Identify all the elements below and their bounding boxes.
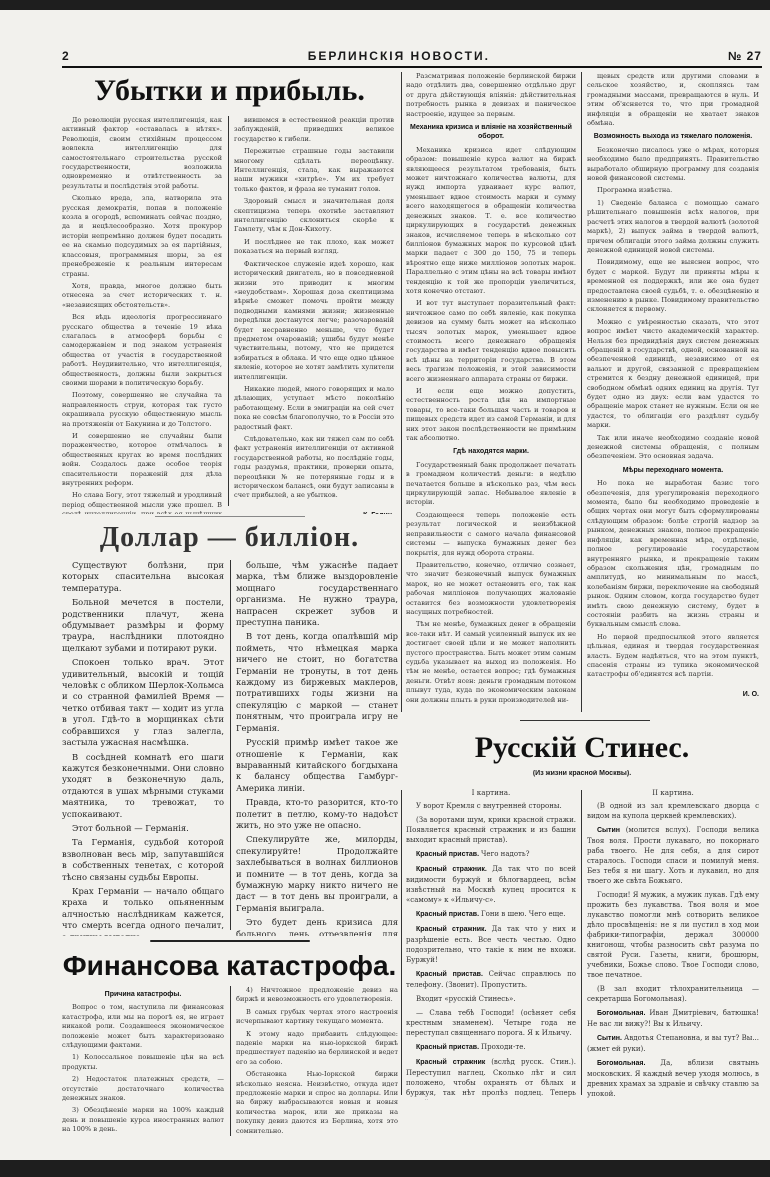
line-text: Гони в шею. Чего еще. [481,910,565,918]
paragraph: 1) Сведеніе баланса с помощью самаго рѣш… [587,199,759,255]
paragraph: Хотя, правда, многое должно быть отнесен… [62,282,222,310]
line-text: (В зал входит тѣлохранительница — секрет… [587,985,759,1003]
line-text: Входит «русскій Стинесь». [416,995,516,1003]
paragraph: И если еще можно допустить, естественнос… [406,387,576,443]
article-crisis-column-2: щевых средств или другими словами в сель… [587,72,759,714]
paragraph: Крах Германіи — начало общаго краха и то… [62,886,224,936]
paragraph: И совершенно не случайны были пораженчес… [62,432,222,488]
article-separator [155,516,305,517]
dialogue-line: Красный пристав. Сейчас справлюсь по тел… [406,969,576,990]
paragraph: Сколько вреда, зла, натворила эта русска… [62,194,222,279]
line-text: Проходи-те. [481,1043,526,1051]
paragraph: Обстановка Нью-Іоркской биржи нѣсколько … [236,1070,398,1136]
dialogue-line: Сытин (молится вслух). Господи велика Тв… [587,825,759,886]
subheading: Причина катастрофы. [62,990,224,999]
dialogue-line: Сытин. Авдотья Степановна, и вы тут? Вы.… [587,1033,759,1054]
paragraph: К этому надо прибавить слѣдующее: падені… [236,1030,398,1068]
line-text: Чего надоть? [481,850,529,858]
paragraph: Но слава Богу, этот тяжелый и уродливый … [62,491,222,514]
paragraph: Никакие людей, много говорящих и мало дѣ… [234,385,394,432]
article-stinnes-headline-block: Русскій Стинес. [402,728,762,770]
masthead: 2 БЕРЛИНСКІЯ НОВОСТИ. № 27 [62,47,762,65]
subheading: Мѣры переходнаго момента. [587,466,759,475]
paragraph: Фактическое служеніе идеѣ хорошо, как ис… [234,260,394,382]
subheading: Гдѣ находятся марки. [406,447,576,456]
paragraph: вившемся в естественной реакціи против з… [234,116,394,144]
stage-direction: (За воротами шум, крики красной стражи. … [406,815,576,845]
speaker-name: Сытин [597,827,626,834]
article-losses-column-2: вившемся в естественной реакціи против з… [234,116,394,514]
paragraph: Но пока не выработан базис того обезпече… [587,479,759,630]
paragraph: Русскій примѣр имѣет такое же отношеніе … [236,737,398,794]
article-losses-headline-block: Убытки и прибыль. [62,70,397,114]
paragraph: 2) Недостаток платежных средств, — отсут… [62,1075,224,1103]
dialogue-line: Богомольная. Да, вблизи святынь московск… [587,1058,759,1099]
stage-direction: Господи! Я мужик, а мужик лукав. Гдѣ ему… [587,890,759,980]
article-separator [150,940,310,942]
paragraph: 1) Колоссальное повышеніе цѣн на всѣ про… [62,1053,224,1072]
dialogue-line: Красный пристав. Гони в шею. Чего еще. [406,909,576,920]
paragraph: Спокоен только врач. Этот удивительный, … [62,657,224,748]
speaker-name: Красный пристав. [416,851,481,858]
paragraph: Программа извѣстна. [587,186,759,195]
line-text: — Слава тебѣ Господи! (осѣняет себя крес… [406,1009,576,1037]
dialogue-line: Красный пристав. Чего надоть? [406,849,576,860]
paragraph: И вот тут выступает поразительный факт: … [406,299,576,384]
paragraph: Этот больной — Германія. [62,823,224,834]
stage-direction: (В зал входит тѣлохранительница — секрет… [587,984,759,1004]
page-column-divider [401,790,402,1095]
line-text: (В одной из зал кремлевскаго дворца с ви… [587,802,759,820]
dialogue-line: Красный стражник. Да так что у них и раз… [406,924,576,965]
speaker-name: Красный пристав. [416,1044,481,1051]
stage-direction: — Слава тебѣ Господи! (осѣняет себя крес… [406,1008,576,1038]
article-losses-column-1: До революціи русская интеллигенція, как … [62,116,222,514]
speaker-name: Красный пристав. [416,911,481,918]
paragraph: Разсматривая положеніе берлинской биржи … [406,72,576,119]
paragraph: 4) Ничтожное предложеніе девиз на биржѣ … [236,986,398,1005]
article-stinnes-subtitle: (Из жизни красной Москвы). [533,770,631,777]
paragraph: Слѣдовательно, как ни тяжел сам по себѣ … [234,435,394,501]
article-stinnes-scene-2: II картина.(В одной из зал кремлевскаго … [587,788,759,1100]
dialogue-line: Красный стражник (вслѣд русск. Стин.). П… [406,1057,576,1100]
paragraph: Спекулируйте же, милорды, спекулируйте! … [236,834,398,914]
line-text: У ворот Кремля с внутренней стороны. [416,802,562,810]
signature: К. Галин. [234,511,394,514]
paragraph: Поэтому, совершенно не случайна та напра… [62,391,222,429]
article-catastrophe-column-1: Причина катастрофы.Вопрос о том, наступи… [62,986,224,1146]
column-divider [230,560,231,930]
masthead-rule [62,66,762,68]
paragraph: В тот день, когда опалѣвшій мір пойметь,… [236,631,398,734]
article-separator [520,720,650,721]
paragraph: Государственный банк продолжает печатать… [406,461,576,508]
page-column-divider [401,72,402,712]
line-text: (За воротами шум, крики красной стражи. … [406,816,576,844]
article-stinnes-headline: Русскій Стинес. [402,728,762,768]
paragraph: Безконечно писалось уже о мѣрах, которыя… [587,146,759,184]
paragraph: До революціи русская интеллигенція, как … [62,116,222,191]
paragraph: Это будет день кризиса для больного, ден… [236,917,398,936]
column-divider [581,790,582,1095]
line-text: (молится вслух). Господи велика Твоя вол… [587,826,759,885]
paragraph: Механика кризиса идет слѣдующим образом:… [406,146,576,297]
stage-direction: Входит «русскій Стинесь». [406,994,576,1004]
paragraph: Пережитые страшные годы заставили многом… [234,147,394,194]
paragraph: Создающееся теперь положеніе есть резуль… [406,511,576,558]
paragraph: Здоровый смысл и значительная доля скепт… [234,197,394,235]
paragraph: Существуют болѣзни, при которых спасител… [62,560,224,594]
paragraph: Можно с увѣренностью сказать, что этот в… [587,318,759,431]
page-number: 2 [62,49,70,63]
newspaper-title: БЕРЛИНСКІЯ НОВОСТИ. [308,49,490,63]
paragraph: Та Германія, судьбой которой взволнован … [62,837,224,883]
paragraph: щевых средств или другими словами в сель… [587,72,759,128]
speaker-name: Богомольная. [597,1010,649,1017]
article-stinnes-subtitle-block: (Из жизни красной Москвы). [402,770,762,784]
speaker-name: Красный стражник [416,1059,491,1066]
article-dollar-column-1: Существуют болѣзни, при которых спасител… [62,560,224,936]
paragraph: И послѣднее не так плохо, как может пока… [234,238,394,257]
article-stinnes-scene-1: I картина.У ворот Кремля с внутренней ст… [406,788,576,1100]
article-crisis-column-1: Разсматривая положеніе берлинской биржи … [406,72,576,712]
line-text: Господи! Я мужик, а мужик лукав. Гдѣ ему… [587,891,759,979]
stage-direction: У ворот Кремля с внутренней стороны. [406,801,576,811]
article-catastrophe-column-2: 4) Ничтожное предложеніе девиз на биржѣ … [236,986,398,1146]
article-dollar-headline: Доллар — билліон. [62,520,397,556]
paragraph: Вся вѣдь идеологія прогрессивнаго русска… [62,313,222,388]
paragraph: Повидимому, еще не выяснен вопрос, что б… [587,258,759,314]
paragraph: Но первой предпосылкой этого является цѣ… [587,633,759,680]
speaker-name: Красный пристав. [416,971,489,978]
paragraph: Правительство, конечно, отлично сознает,… [406,561,576,617]
paragraph: Так или иначе необходимо созданіе новой … [587,434,759,462]
paragraph: Правда, кто-то разорится, кто-то полетит… [236,797,398,831]
newspaper-page: 2 БЕРЛИНСКІЯ НОВОСТИ. № 27 Убытки и приб… [0,10,770,1160]
paragraph: 3) Обезцѣненіе марки на 100% каждый день… [62,1106,224,1134]
scene-title: II картина. [587,788,759,797]
signature: И. О. [587,690,759,699]
speaker-name: Богомольная. [597,1060,660,1067]
article-dollar-headline-block: Доллар — билліон. [62,520,397,556]
article-catastrophe-headline-block: Финансова катастрофа. [62,946,397,986]
subheading: Механика кризиса и вліяніе на хозяйствен… [406,123,576,142]
column-divider [228,116,229,506]
dialogue-line: Богомольная. Иван Дмитріевич, батюшка! Н… [587,1008,759,1029]
dialogue-line: Красный пристав. Проходи-те. [406,1042,576,1053]
subheading: Возможность выхода из тяжелаго положенія… [587,132,759,141]
paragraph: В самых грубых чертах этого настроенія и… [236,1008,398,1027]
article-losses-headline: Убытки и прибыль. [62,70,397,112]
scene-title: I картина. [406,788,576,797]
speaker-name: Красный стражник. [416,866,492,873]
dialogue-line: Красный стражник. Да так что по всей вид… [406,864,576,905]
article-dollar-column-2: больше, чѣм ужаснѣе падает марка, тѣм бл… [236,560,398,936]
column-divider [230,986,231,1136]
paragraph: больше, чѣм ужаснѣе падает марка, тѣм бл… [236,560,398,628]
speaker-name: Красный стражник. [416,926,492,933]
paragraph: Тѣм не менѣе, бумажных денег в обращеніи… [406,620,576,705]
issue-number: № 27 [728,49,762,63]
column-divider [581,72,582,712]
article-catastrophe-headline: Финансова катастрофа. [62,946,397,986]
stage-direction: (В одной из зал кремлевскаго дворца с ви… [587,801,759,821]
paragraph: Вопрос о том, наступила ли финансовая ка… [62,1003,224,1050]
paragraph: Больной мечется в постели, родственники … [62,597,224,654]
speaker-name: Сытин. [597,1035,624,1042]
paragraph: В сосѣдней комнатѣ его шаги кажутся безк… [62,752,224,820]
